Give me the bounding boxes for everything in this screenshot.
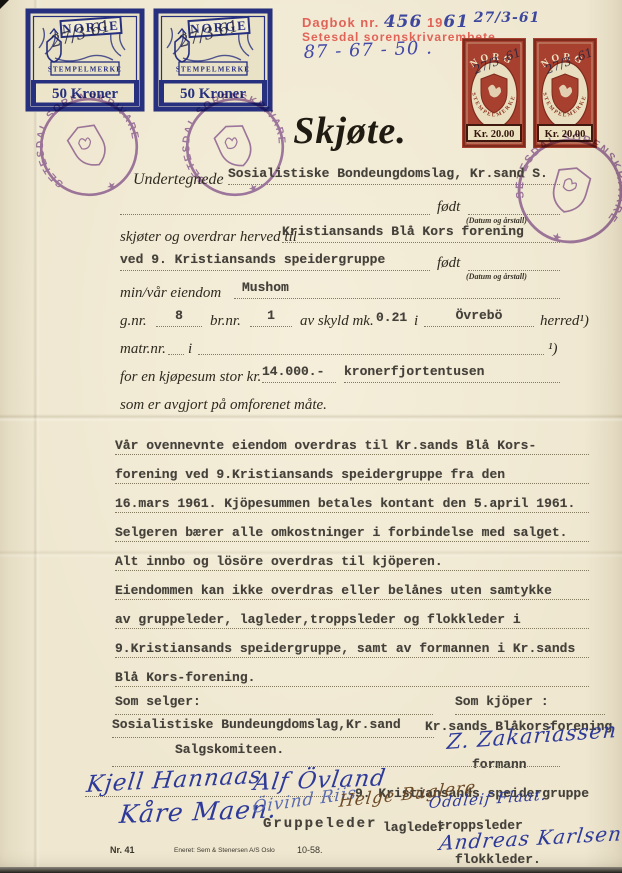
fold-crease-horizontal [0, 414, 622, 422]
price-words: kronerfjortentusen [344, 364, 560, 383]
undertegnede-value: Sosialistiske Bondeungdomslag, Kr.sand S… [228, 166, 560, 185]
dagbok-date-hand: 27/3-61 [474, 10, 541, 26]
red-stamp-value: Kr. 20.00 [474, 129, 515, 140]
dagbok-year-hand: 61 [443, 12, 469, 32]
gnr-label: g.nr. [120, 314, 147, 329]
seller-heading: Som selger: [115, 694, 433, 715]
property-label: min/vår eiendom [120, 286, 221, 301]
gnr-value: 8 [156, 308, 202, 327]
brnr-label: br.nr. [210, 314, 241, 329]
dagbok-year-printed: 19 [427, 15, 443, 30]
settlement-line: som er avgjort på omforenet måte. [120, 398, 327, 413]
undertegnede-label: Undertegnede [133, 172, 224, 188]
scan-corner-mark [0, 0, 9, 9]
municipality-value: Övrebö [424, 308, 534, 327]
born-label: født [437, 200, 460, 215]
blank-field [120, 196, 430, 215]
role-gruppeleder: Gruppeleder [263, 816, 377, 833]
body-line: Alt innbo og lösöre overdras til kjöpere… [115, 542, 589, 571]
scan-bottom-edge [0, 867, 622, 873]
transfer-value: Kristiansands Blå Kors forening [282, 224, 560, 243]
deed-body: Vår ovennevnte eiendom overdras til Kr.s… [115, 426, 589, 687]
role-flokkleder: flokkleder. [455, 852, 541, 868]
body-line: forening ved 9.Kristiansands speidergrup… [115, 455, 589, 484]
blank-field [468, 252, 560, 271]
matrnr-label: matr.nr. [120, 342, 166, 357]
skyld-label: av skyld mk. [300, 314, 374, 329]
blue-stamp-kind: STEMPELMERKE [176, 66, 250, 74]
price-value: 14.000.- [262, 364, 336, 383]
in-label: i [188, 342, 192, 357]
dagbok-number-hand: 456 [384, 12, 423, 32]
born-label: født [437, 256, 460, 271]
form-number: Nr. 41 [110, 845, 135, 855]
buyer-heading: Som kjöper : [455, 694, 605, 715]
body-line: av gruppeleder, lagleder,troppsleder og … [115, 600, 589, 629]
body-line: 16.mars 1961. Kjöpesummen betales kontan… [115, 484, 589, 513]
body-line: Eiendommen kan ikke overdras eller belån… [115, 571, 589, 600]
rule-line [112, 752, 560, 767]
edition-number: 10-58. [297, 845, 323, 855]
blank-field [198, 336, 544, 355]
scanned-deed-page: NORGE STEMPELMERKE 50 Kroner NORGE STEMP… [0, 0, 622, 873]
body-line: 9.Kristiansands speidergruppe, samt av f… [115, 629, 589, 658]
in-label: i [414, 314, 418, 329]
body-line: Selgeren bærer alle omkostninger i forbi… [115, 513, 589, 542]
transfer-label: skjøter og overdrar herved til [120, 230, 297, 245]
body-line: Blå Kors-forening. [115, 658, 589, 687]
transfer-value2: ved 9. Kristiansands speidergruppe [120, 252, 430, 271]
herred-label: herred¹) [540, 314, 589, 329]
brnr-value: 1 [250, 308, 292, 327]
blank-field [468, 196, 560, 215]
skyld-value: 0.21 [376, 310, 416, 328]
price-label: for en kjøpesum stor kr. [120, 370, 261, 385]
printer-credit: Eneret: Sem & Stenersen A/S Oslo [174, 847, 275, 854]
case-number-hand: 87 - 67 - 50 . [303, 38, 433, 63]
document-title: Skjøte. [250, 112, 450, 150]
blank-field [168, 336, 184, 355]
dagbok-label: Dagbok nr. [302, 15, 379, 30]
registry-stamp-line1: Dagbok nr. 456 1961 27/3-61 [302, 12, 540, 32]
body-line: Vår ovennevnte eiendom overdras til Kr.s… [115, 426, 589, 455]
footnote-mark: ¹) [548, 342, 558, 357]
seller-org: Sosialistiske Bundeungdomslag,Kr.sand [112, 717, 434, 738]
property-value: Mushom [234, 280, 560, 299]
